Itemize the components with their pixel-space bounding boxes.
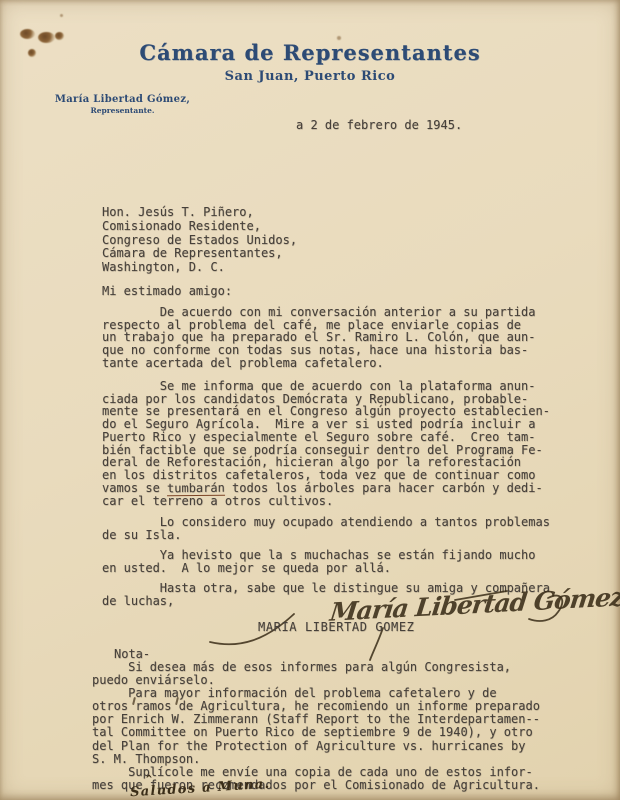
letter-line: tante acertada del problema cafetalero. [102, 357, 535, 370]
paragraph-1: De acuerdo con mi conversación anterior … [102, 306, 535, 370]
line-text: todos los árboles para hacer carbón y de… [225, 481, 543, 495]
letter-line: De acuerdo con mi conversación anterior … [102, 306, 535, 319]
letter-line: car el terreno a otros cultivos. [102, 495, 550, 508]
underlined-word: tumbarán [167, 481, 225, 495]
paper-speck [60, 14, 63, 17]
recipient-address: Hon. Jesús T. Piñero, Comisionado Reside… [102, 206, 297, 275]
nota-line: Suplícole me envíe una copia de cada uno… [92, 766, 540, 779]
letter-line: do el Seguro Agrícola. Mire a ver si ust… [102, 418, 550, 431]
letter-line: Se me informa que de acuerdo con la plat… [102, 380, 550, 393]
nota-label: Nota- [114, 648, 150, 661]
letterhead-member-title: Representante. [50, 106, 195, 115]
nota-line: del Plan for the Protection of Agricultu… [92, 740, 540, 753]
line-text: vamos se [102, 481, 167, 495]
paragraph-2: Se me informa que de acuerdo con la plat… [102, 380, 550, 508]
recipient-line: Washington, D. C. [102, 261, 297, 275]
letterhead-location: San Juan, Puerto Rico [0, 69, 620, 84]
rust-stain [20, 29, 35, 39]
recipient-line: Comisionado Residente, [102, 220, 297, 234]
rust-stain [55, 32, 64, 40]
nota-line: S. M. Thompson. [92, 753, 540, 766]
letter-line: Lo considero muy ocupado atendiendo a ta… [102, 516, 550, 529]
letter-line: vamos se tumbarán todos los árboles para… [102, 482, 550, 496]
letterhead-organization: Cámara de Representantes [0, 40, 620, 65]
letterhead-member-block: María Libertad Gómez, Representante. [50, 94, 195, 115]
letter-line: Puerto Rico y especialmente el Seguro so… [102, 431, 550, 444]
letterhead-member-name: María Libertad Gómez, [50, 94, 195, 105]
letter-line: de su Isla. [102, 529, 550, 542]
letter-line: en usted. A lo mejor se queda por allá. [102, 562, 535, 575]
letter-line: que no conforme con todas sus notas, hac… [102, 344, 535, 357]
letter-line: Ya hevisto que la s muchachas se están f… [102, 549, 535, 562]
letter-scan: Cámara de Representantes San Juan, Puert… [0, 0, 620, 800]
nota-line: tal Committee on Puerto Rico de septiemb… [92, 726, 540, 739]
typed-signature-name: MARIA LIBERTAD GOMEZ [258, 621, 415, 634]
recipient-line: Hon. Jesús T. Piñero, [102, 206, 297, 220]
paragraph-3: Lo considero muy ocupado atendiendo a ta… [102, 516, 550, 541]
paragraph-4: Ya hevisto que la s muchachas se están f… [102, 549, 535, 574]
recipient-line: Congreso de Estados Unidos, [102, 234, 297, 248]
recipient-line: Cámara de Representantes, [102, 247, 297, 261]
date-line: a 2 de febrero de 1945. [296, 119, 462, 132]
nota-body: Si desea más de esos informes para algún… [92, 661, 540, 792]
salutation: Mi estimado amigo: [102, 285, 232, 298]
